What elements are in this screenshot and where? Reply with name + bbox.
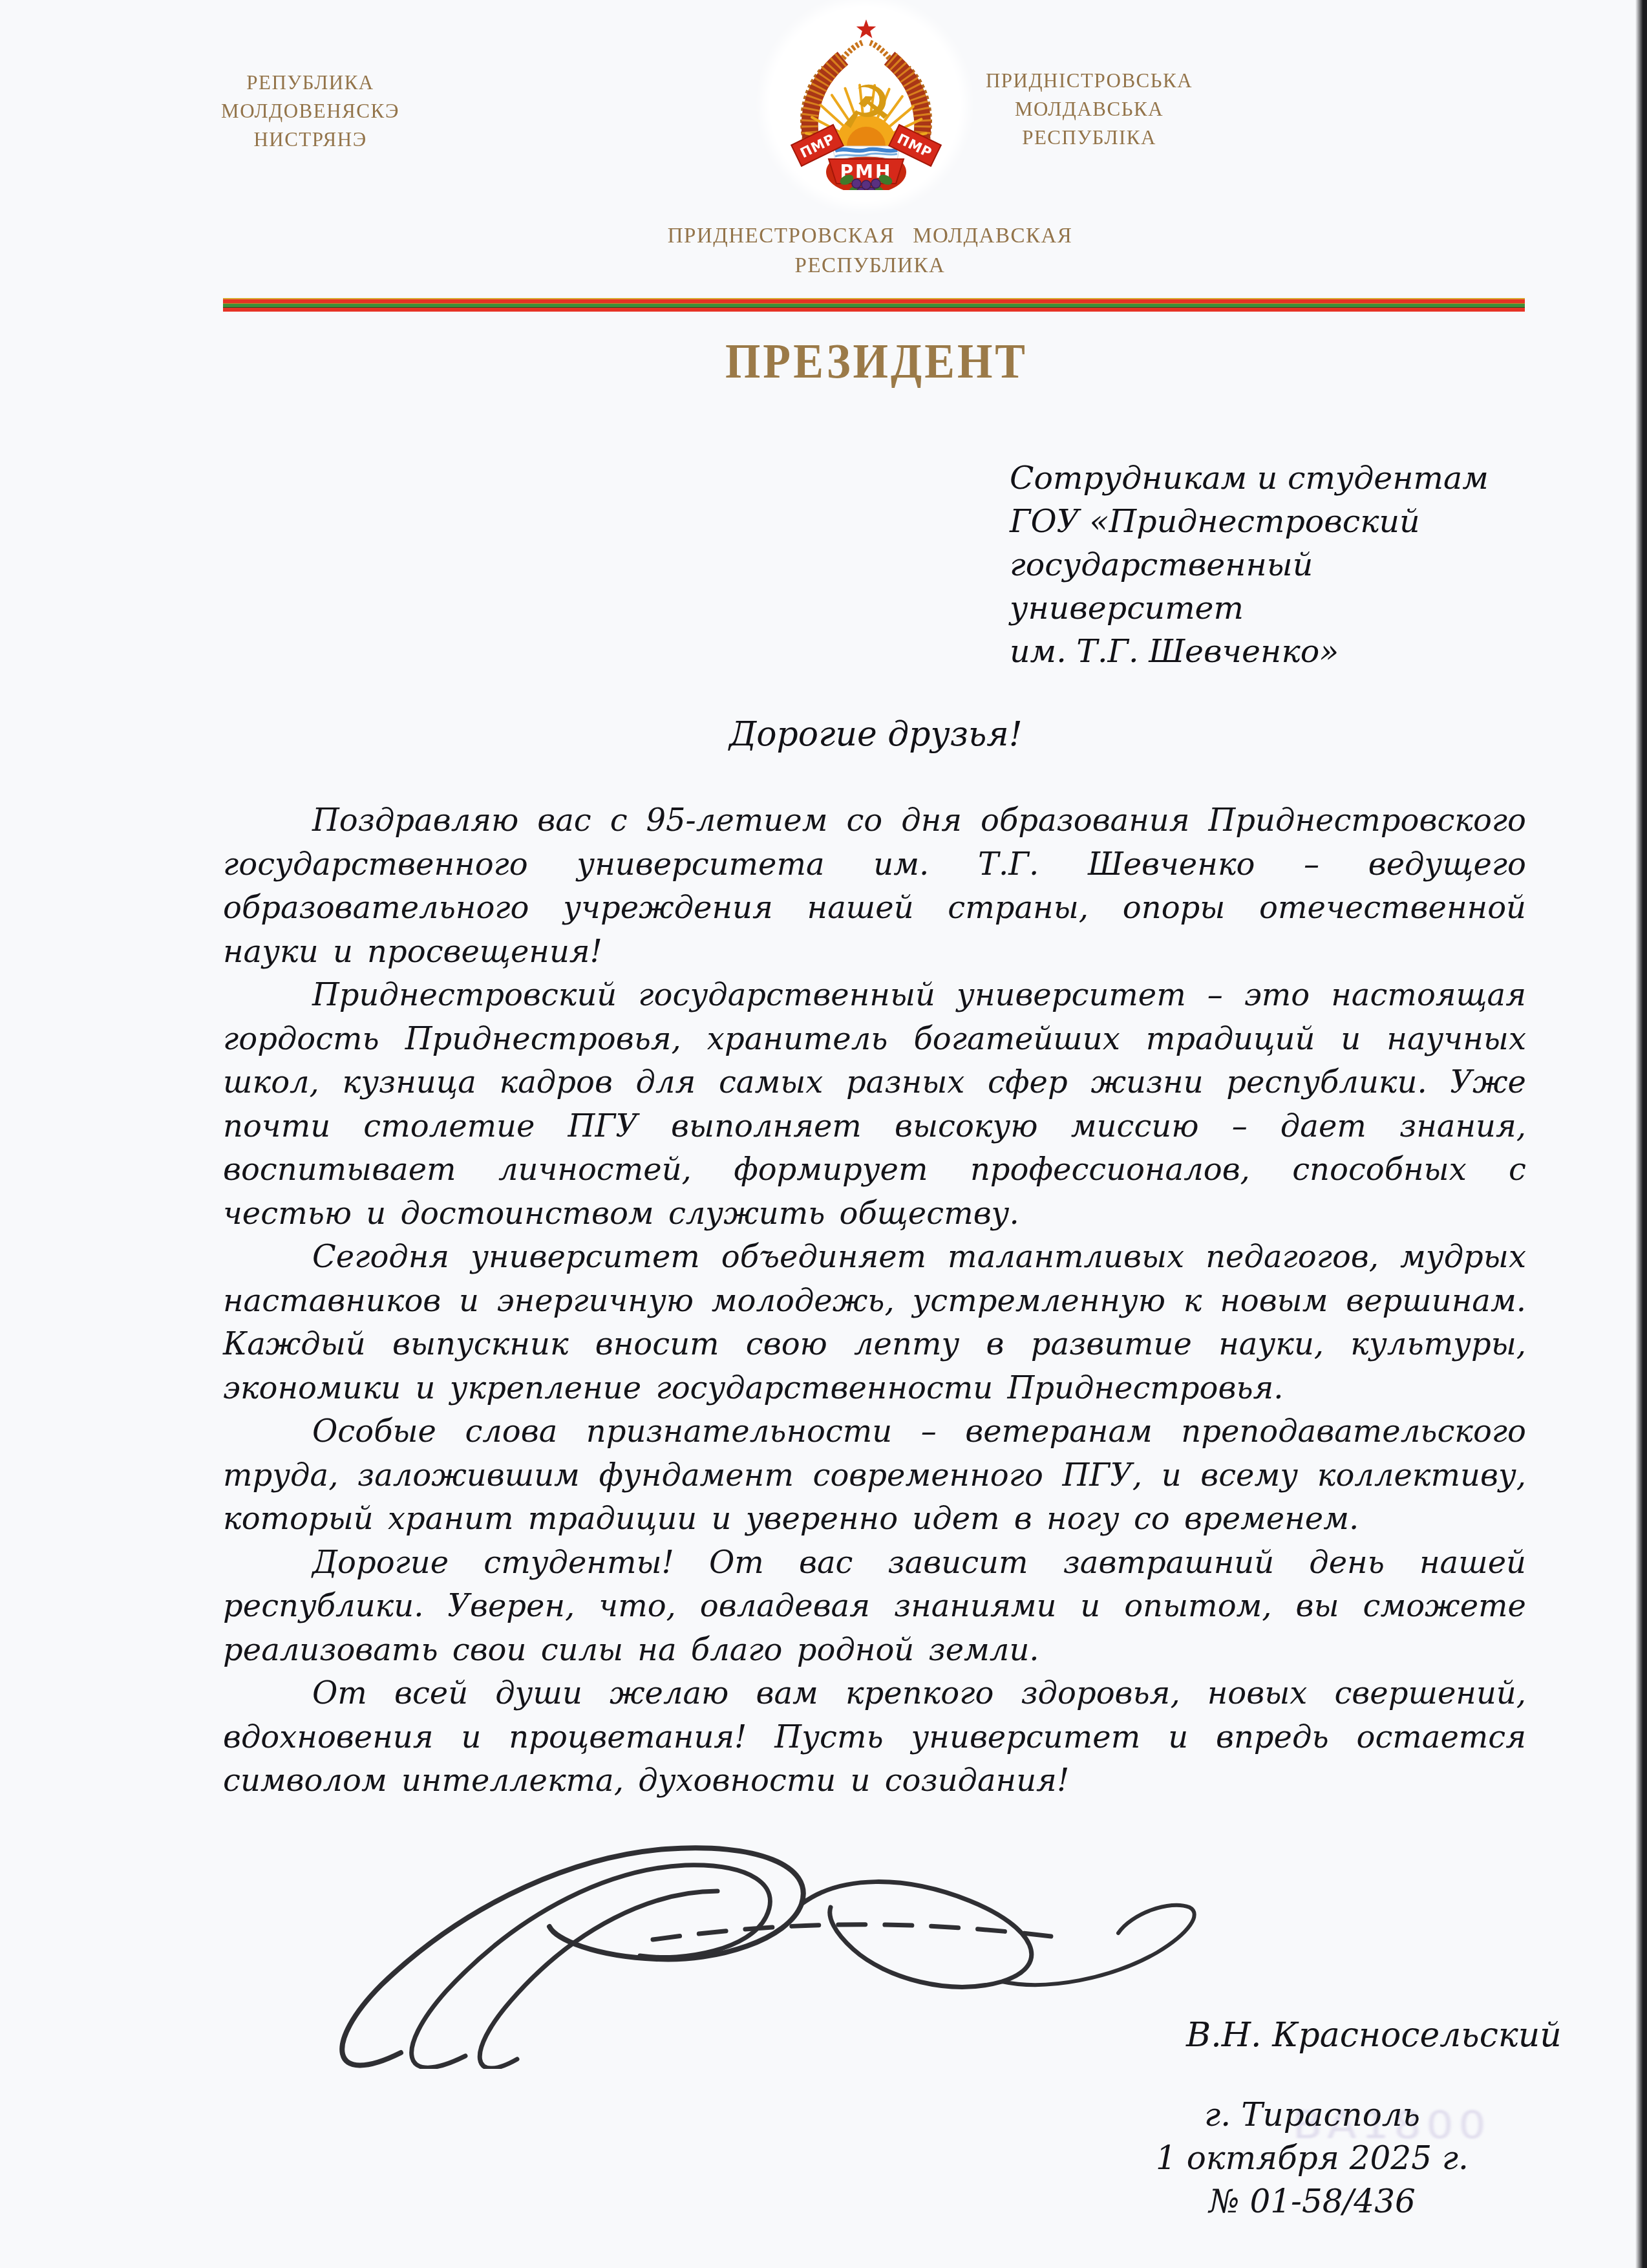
addressee-line: им. Т.Г. Шевченко» [1010, 630, 1533, 673]
scan-edge-artifact [1635, 0, 1647, 2268]
red-star-icon [856, 19, 876, 38]
page-title: ПРЕЗИДЕНТ [553, 334, 1200, 390]
handwritten-signature [304, 1830, 1286, 2069]
republic-name-ukrainian-line2: РЕСПУБЛІКА [928, 123, 1251, 152]
body-paragraph: Особые слова признательности – ветеранам… [223, 1410, 1526, 1541]
republic-name-ukrainian-line1: ПРИДНІСТРОВСЬКА МОЛДАВСЬКА [928, 67, 1251, 123]
signer-name: В.Н. Красносельский [1186, 2016, 1535, 2055]
footer-city: г. Тирасполь [1092, 2093, 1532, 2137]
pmr-coat-of-arms-icon: ☭ РМН ПМР ПМР [790, 17, 942, 190]
republic-name-moldovan-line2: НИСТРЯНЭ [155, 125, 465, 154]
body-paragraph: От всей души желаю вам крепкого здоровья… [223, 1672, 1526, 1803]
republic-name-russian: ПРИДНЕСТРОВСКАЯ МОЛДАВСКАЯ РЕСПУБЛИКА [547, 221, 1193, 281]
body-paragraph: Дорогие студенты! От вас зависит завтраш… [223, 1541, 1526, 1673]
body-paragraph: Приднестровский государственный универси… [223, 974, 1526, 1236]
addressee-line: ГОУ «Приднестровский [1010, 500, 1533, 543]
scanned-letter-page: { "letterhead": { "left_name": { "line1"… [0, 0, 1647, 2268]
republic-name-russian-line1: ПРИДНЕСТРОВСКАЯ МОЛДАВСКАЯ [547, 221, 1193, 251]
republic-name-russian-line2: РЕСПУБЛИКА [547, 251, 1193, 281]
republic-name-ukrainian: ПРИДНІСТРОВСЬКА МОЛДАВСЬКА РЕСПУБЛІКА [928, 67, 1251, 152]
republic-name-moldovan-line1: РЕПУБЛИКА МОЛДОВЕНЯСКЭ [155, 69, 465, 125]
addressee-line: Сотрудникам и студентам [1010, 456, 1533, 500]
flag-stripe-divider [223, 298, 1525, 312]
body-paragraph: Сегодня университет объединяет талантлив… [223, 1236, 1526, 1410]
republic-name-moldovan: РЕПУБЛИКА МОЛДОВЕНЯСКЭ НИСТРЯНЭ [155, 69, 465, 154]
body-paragraph: Поздравляю вас с 95-летием со дня образо… [223, 799, 1526, 974]
footer-block: г. Тирасполь 1 октября 2025 г. № 01-58/4… [1092, 2093, 1532, 2223]
addressee-line: государственный университет [1010, 543, 1533, 630]
footer-date: 1 октября 2025 г. [1092, 2137, 1532, 2180]
addressee-block: Сотрудникам и студентам ГОУ «Приднестров… [1010, 456, 1533, 673]
salutation: Дорогие друзья! [729, 715, 1023, 754]
letter-body: Поздравляю вас с 95-летием со дня образо… [223, 799, 1526, 1803]
footer-number: № 01-58/436 [1092, 2180, 1532, 2223]
hammer-sickle-icon: ☭ [840, 73, 893, 142]
